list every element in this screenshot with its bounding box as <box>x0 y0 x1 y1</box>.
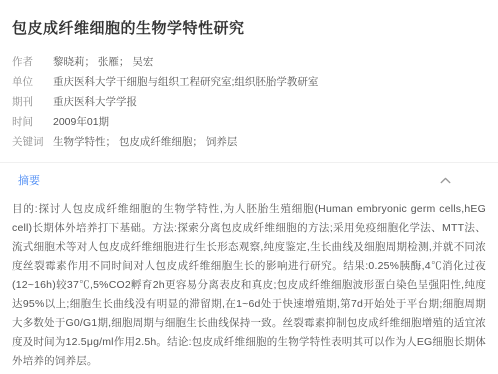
meta-row-keywords: 关键词 生物学特性； 包皮成纤维细胞； 饲养层 <box>12 132 486 152</box>
chevron-up-icon[interactable] <box>438 174 452 186</box>
section-divider <box>0 162 498 163</box>
meta-label-date: 时间 <box>12 112 53 132</box>
meta-value-date: 2009年01期 <box>53 112 486 132</box>
meta-value-keywords: 生物学特性； 包皮成纤维细胞； 饲养层 <box>53 132 486 152</box>
meta-label-authors: 作者 <box>12 52 53 72</box>
paper-title: 包皮成纤维细胞的生物学特性研究 <box>12 18 486 40</box>
paper-detail-page: 包皮成纤维细胞的生物学特性研究 作者 黎晓莉； 张雁； 吴宏 单位 重庆医科大学… <box>0 0 498 374</box>
meta-value-journal: 重庆医科大学学报 <box>53 92 486 112</box>
abstract-header: 摘要 <box>12 172 486 188</box>
abstract-text: 目的:探讨人包皮成纤维细胞的生物学特性,为人胚胎生殖细胞(Human embry… <box>12 200 486 371</box>
meta-value-authors: 黎晓莉； 张雁； 吴宏 <box>53 52 486 72</box>
meta-row-authors: 作者 黎晓莉； 张雁； 吴宏 <box>12 52 486 72</box>
meta-value-affiliation: 重庆医科大学干细胞与组织工程研究室;组织胚胎学教研室 <box>53 72 486 92</box>
meta-row-journal: 期刊 重庆医科大学学报 <box>12 92 486 112</box>
meta-label-journal: 期刊 <box>12 92 53 112</box>
meta-section: 作者 黎晓莉； 张雁； 吴宏 单位 重庆医科大学干细胞与组织工程研究室;组织胚胎… <box>12 52 486 152</box>
meta-label-affiliation: 单位 <box>12 72 53 92</box>
meta-row-date: 时间 2009年01期 <box>12 112 486 132</box>
meta-label-keywords: 关键词 <box>12 132 53 152</box>
abstract-heading: 摘要 <box>18 172 40 188</box>
meta-row-affiliation: 单位 重庆医科大学干细胞与组织工程研究室;组织胚胎学教研室 <box>12 72 486 92</box>
